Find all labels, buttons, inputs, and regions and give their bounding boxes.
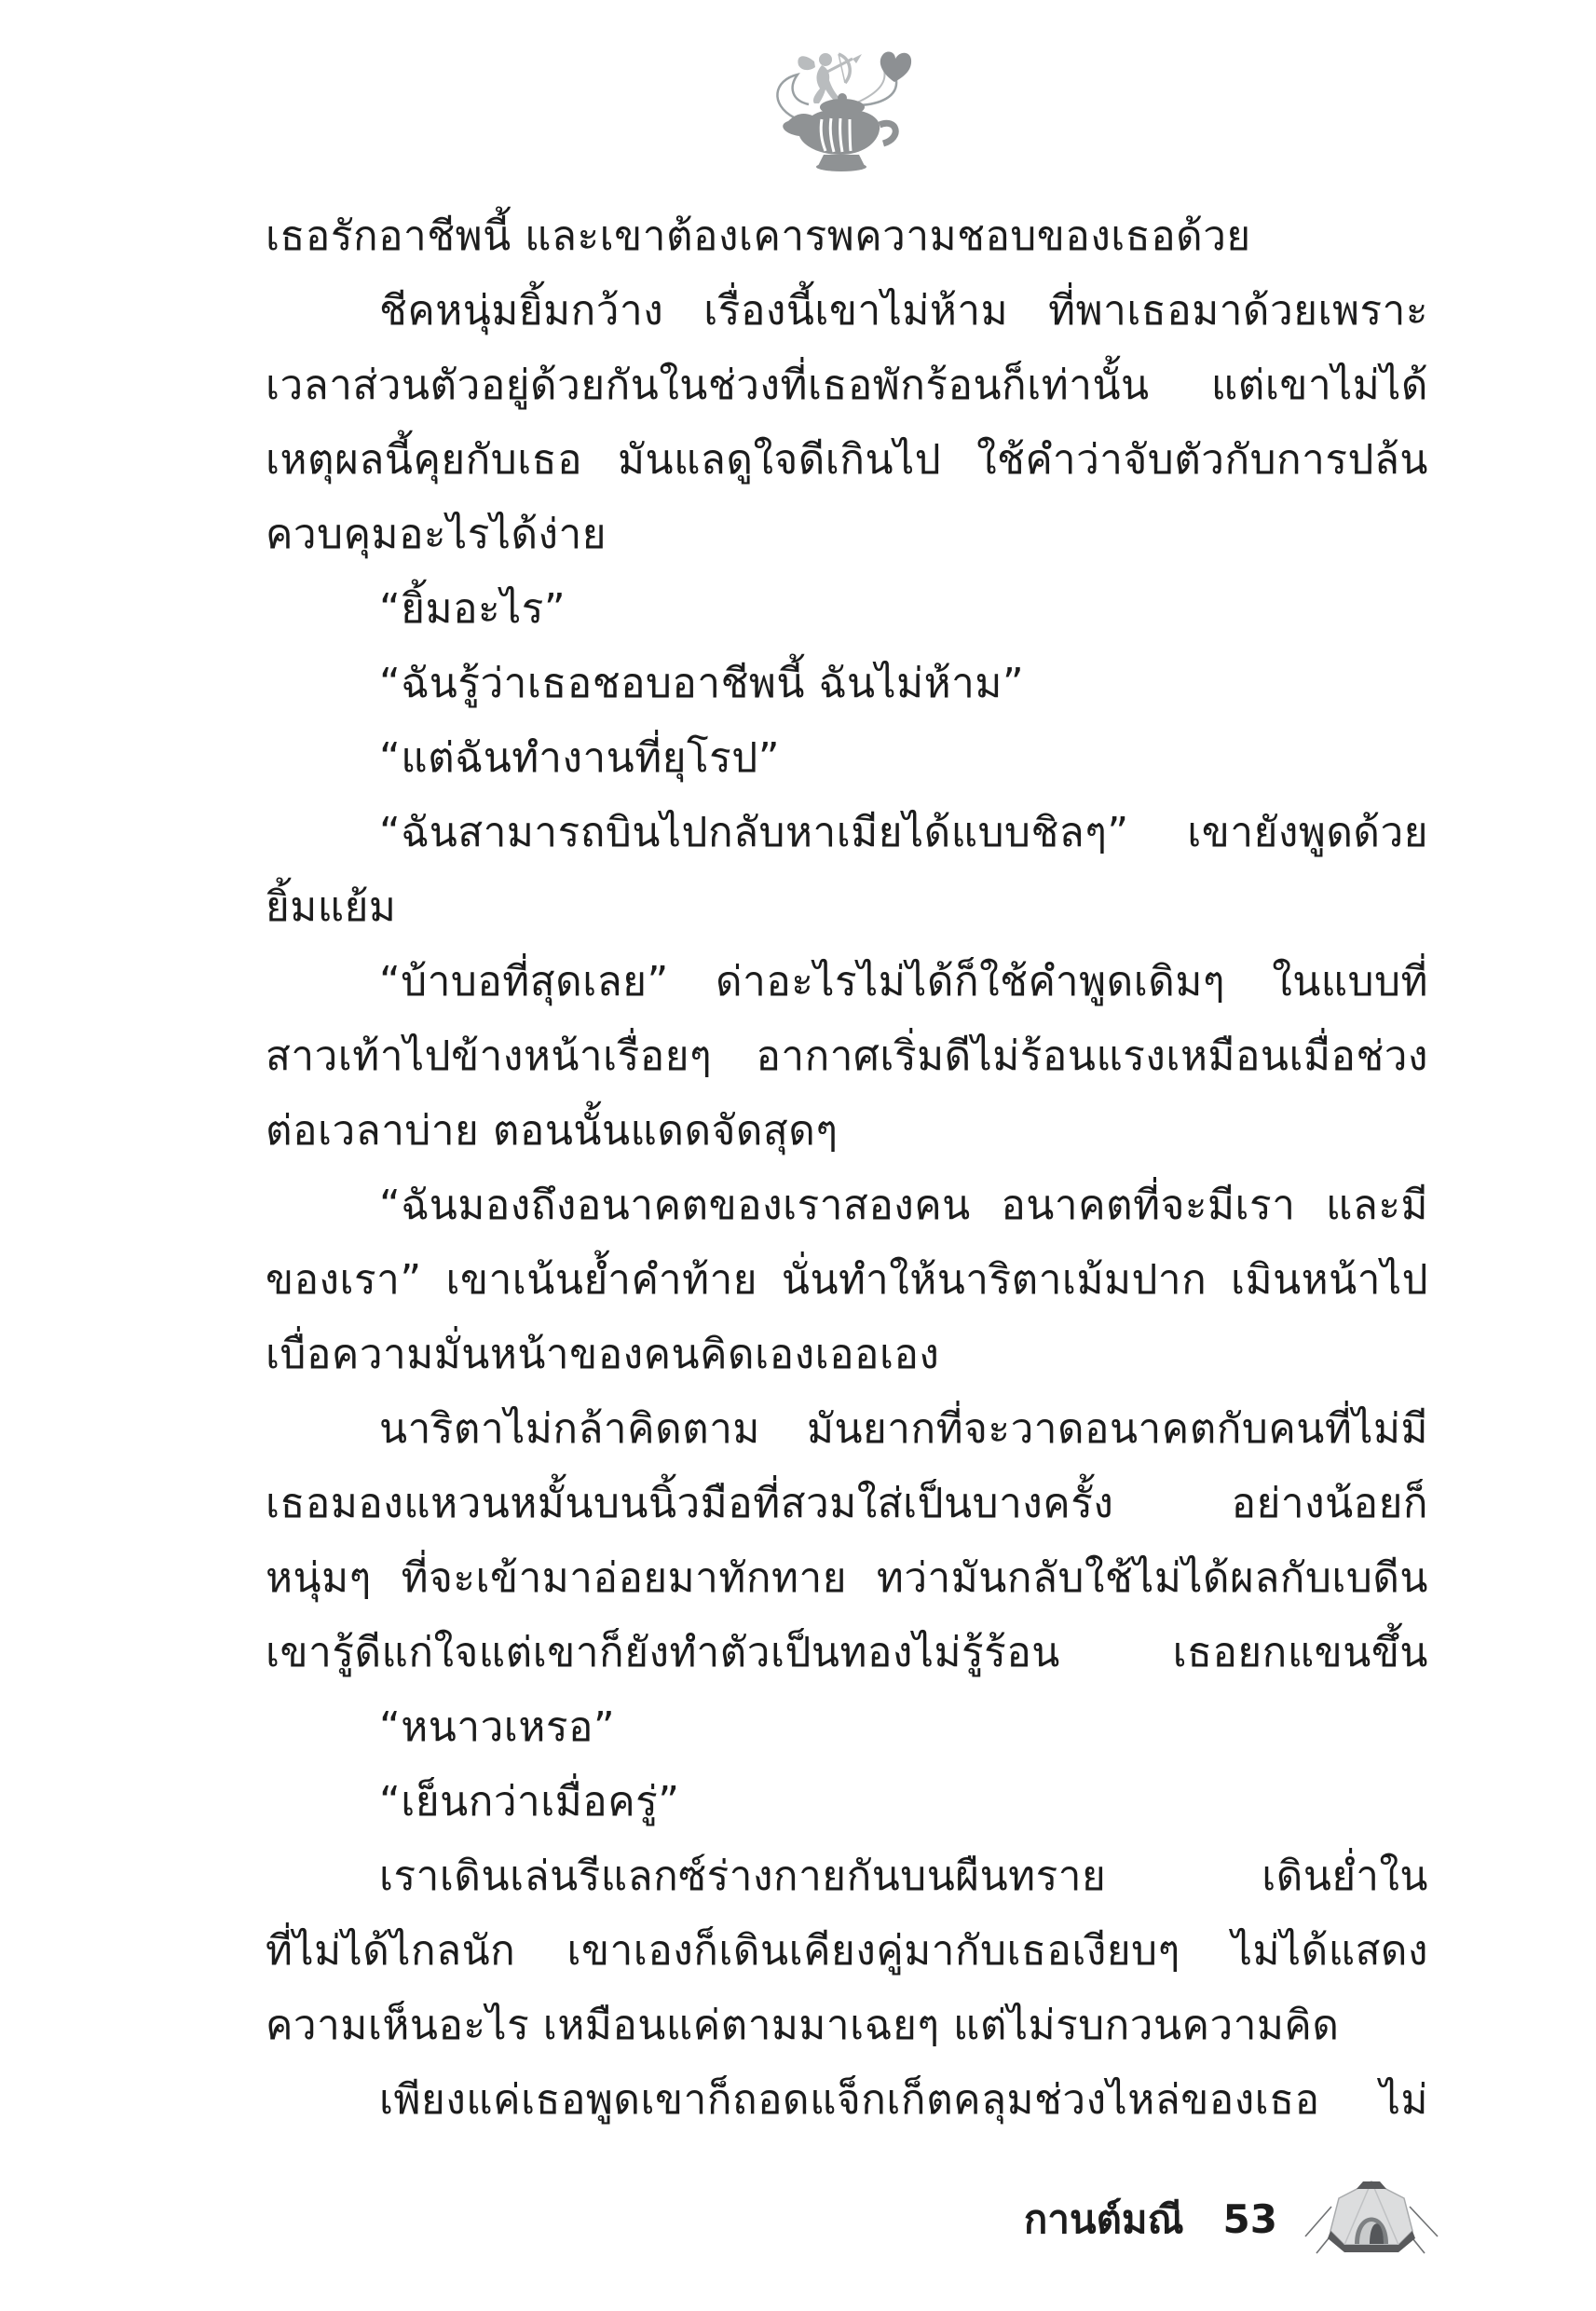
text-line: “ยิ้มอะไร” bbox=[266, 572, 1428, 647]
text-line: ความเห็นอะไร เหมือนแค่ตามมาเฉยๆ แต่ไม่รบ… bbox=[266, 1989, 1428, 2063]
text-line: เราเดินเล่นรีแลกซ์ร่างกายกันบนผืนทราย เด… bbox=[266, 1839, 1428, 1914]
text-line: เพียงแค่เธอพูดเขาก็ถอดแจ็กเก็ตคลุมช่วงไห… bbox=[266, 2063, 1428, 2138]
tent-icon bbox=[1302, 2177, 1441, 2263]
text-line: ต่อเวลาบ่าย ตอนนั้นแดดจัดสุดๆ bbox=[266, 1094, 1428, 1169]
text-lines: เธอรักอาชีพนี้ และเขาต้องเคารพความชอบของ… bbox=[266, 199, 1428, 2138]
book-page: เธอรักอาชีพนี้ และเขาต้องเคารพความชอบของ… bbox=[0, 0, 1596, 2311]
text-line: สาวเท้าไปข้างหน้าเรื่อยๆ อากาศเริ่มดีไม่… bbox=[266, 1019, 1428, 1094]
text-line: ที่ไม่ได้ไกลนัก เขาเองก็เดินเคียงคู่มากั… bbox=[266, 1914, 1428, 1989]
text-line: เขารู้ดีแก่ใจแต่เขาก็ยังทำตัวเป็นทองไม่ร… bbox=[266, 1616, 1428, 1690]
text-line: “ฉันมองถึงอนาคตของเราสองคน อนาคตที่จะมีเ… bbox=[266, 1169, 1428, 1243]
genie-lamp-ornament-icon bbox=[766, 47, 924, 186]
text-line: “ฉันรู้ว่าเธอชอบอาชีพนี้ ฉันไม่ห้าม” bbox=[266, 647, 1428, 721]
text-line: เธอมองแหวนหมั้นบนนิ้วมือที่สวมใส่เป็นบาง… bbox=[266, 1467, 1428, 1541]
text-line: เหตุผลนี้คุยกับเธอ มันแลดูใจดีเกินไป ใช้… bbox=[266, 423, 1428, 498]
page-number: 53 bbox=[1223, 2178, 1277, 2262]
text-line: ของเรา” เขาเน้นย้ำคำท้าย นั่นทำให้นาริตา… bbox=[266, 1243, 1428, 1318]
text-line: เวลาส่วนตัวอยู่ด้วยกันในช่วงที่เธอพักร้อ… bbox=[266, 349, 1428, 423]
text-line: “เย็นกว่าเมื่อครู่” bbox=[266, 1765, 1428, 1839]
cupid-icon bbox=[798, 53, 862, 103]
text-line: เบื่อความมั่นหน้าของคนคิดเองเออเอง bbox=[266, 1318, 1428, 1392]
text-line: ยิ้มแย้ม bbox=[266, 870, 1428, 945]
text-line: ชีคหนุ่มยิ้มกว้าง เรื่องนี้เขาไม่ห้าม ที… bbox=[266, 274, 1428, 349]
text-line: ควบคุมอะไรได้ง่าย bbox=[266, 498, 1428, 572]
text-line: นาริตาไม่กล้าคิดตาม มันยากที่จะวาดอนาคตก… bbox=[266, 1392, 1428, 1467]
text-line: “บ้าบอที่สุดเลย” ด่าอะไรไม่ได้ก็ใช้คำพูด… bbox=[266, 945, 1428, 1019]
text-line: “ฉันสามารถบินไปกลับหาเมียได้แบบชิลๆ” เขา… bbox=[266, 796, 1428, 870]
page-footer: กานต์มณี 53 bbox=[1024, 2177, 1441, 2263]
book-title: กานต์มณี bbox=[1024, 2178, 1184, 2262]
text-line: หนุ่มๆ ที่จะเข้ามาอ่อยมาทักทาย ทว่ามันกล… bbox=[266, 1541, 1428, 1616]
text-line: “แต่ฉันทำงานที่ยุโรป” bbox=[266, 721, 1428, 796]
text-line: เธอรักอาชีพนี้ และเขาต้องเคารพความชอบของ… bbox=[266, 199, 1428, 274]
text-line: “หนาวเหรอ” bbox=[266, 1690, 1428, 1765]
